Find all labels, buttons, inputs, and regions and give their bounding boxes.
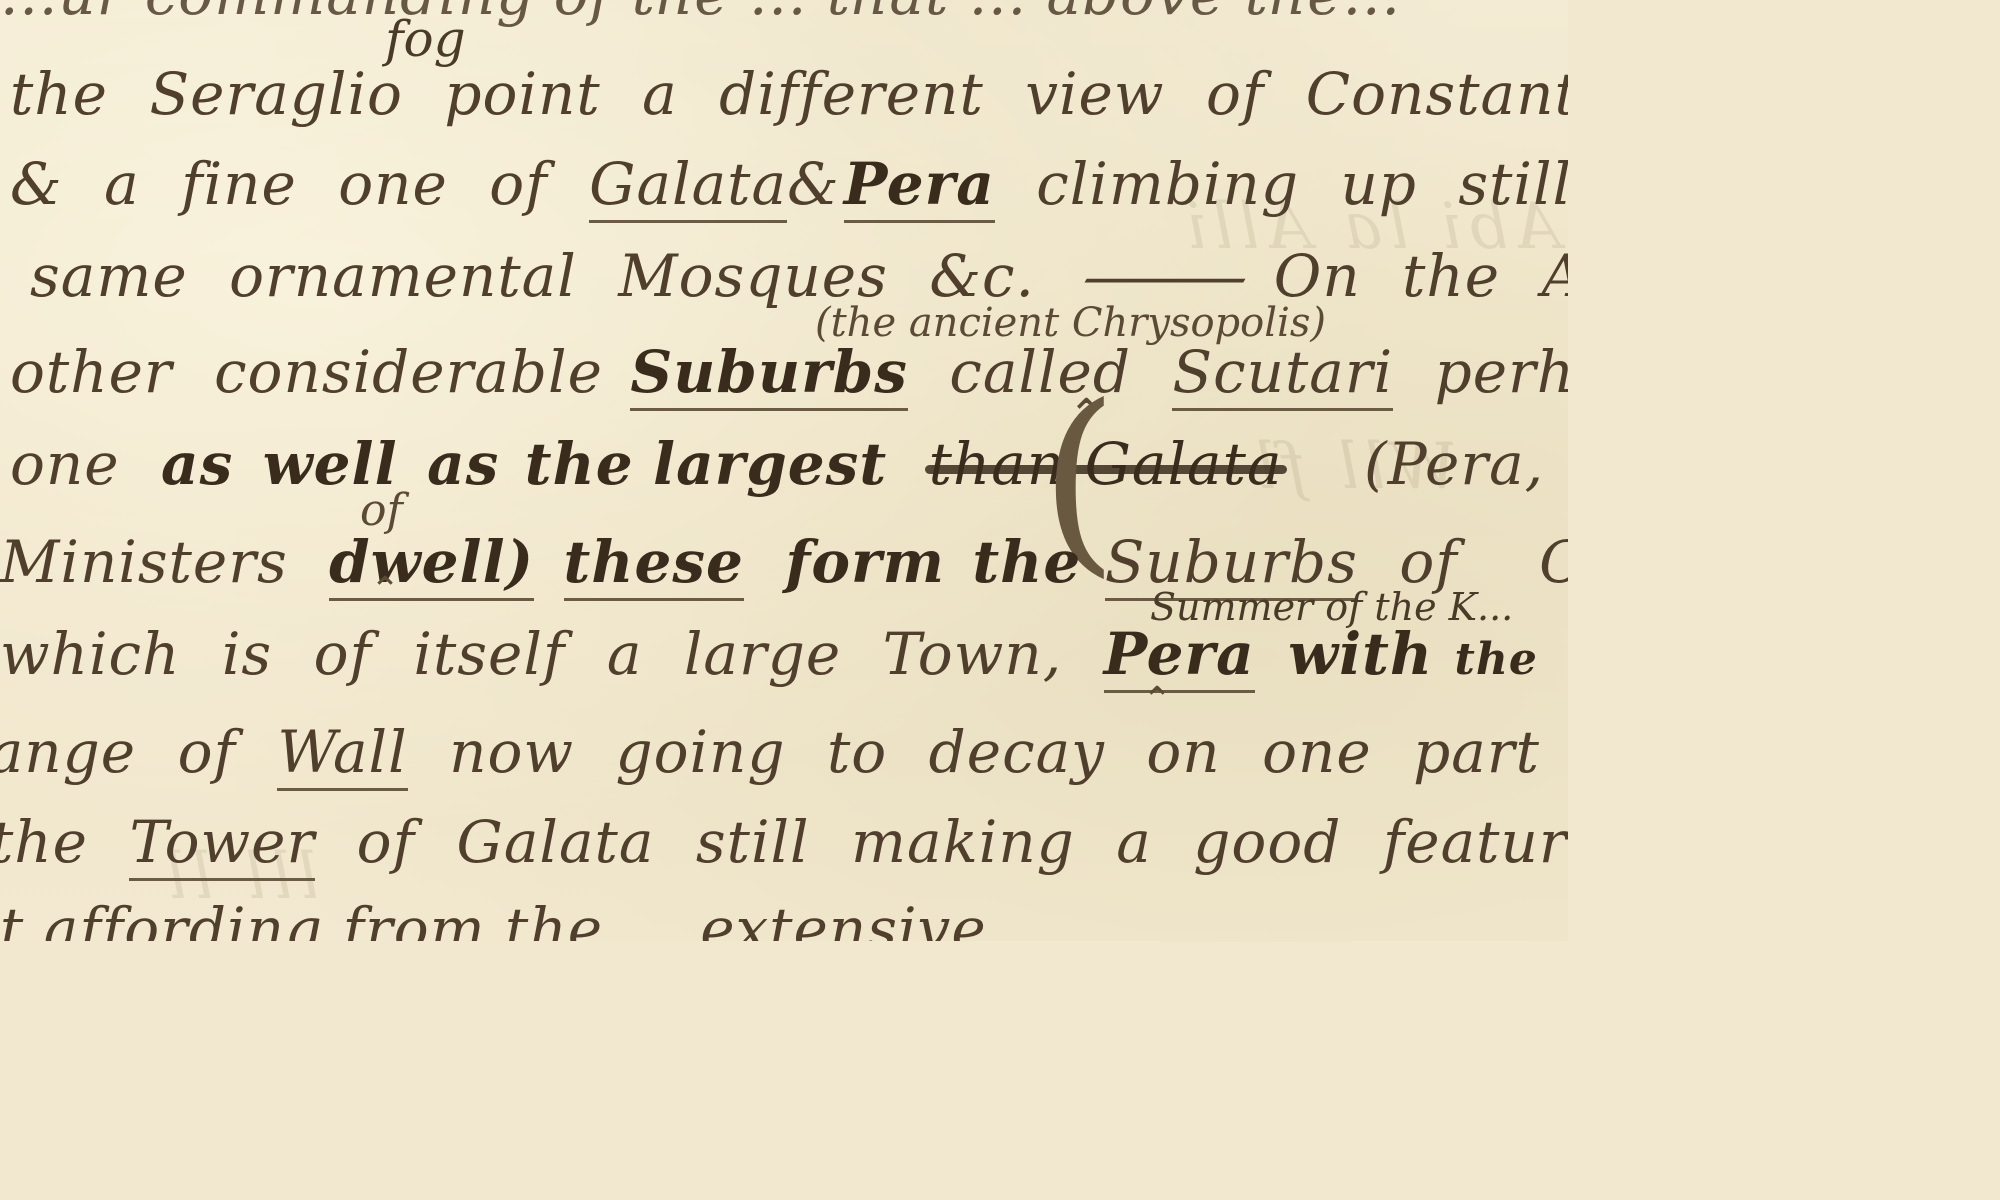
word: the — [972, 528, 1081, 596]
word: same — [30, 242, 188, 310]
word: part — [1413, 718, 1540, 786]
word: fine — [181, 150, 297, 218]
word: & — [10, 150, 63, 218]
line-text: ...ur commanding of the ... that ... abo… — [0, 0, 1401, 28]
manuscript-line-0: ...ur commanding of the ... that ... abo… — [0, 0, 1401, 28]
word-underlined: Scutari — [1172, 338, 1393, 411]
word-underlined: Pera — [1104, 620, 1255, 693]
word: Ministers — [0, 528, 288, 596]
word: still — [696, 808, 810, 876]
manuscript-line-10: t affording from the ... extensive ... — [0, 895, 1064, 941]
word: still — [1458, 150, 1568, 218]
word: form — [785, 528, 945, 596]
word: a — [642, 60, 678, 128]
manuscript-line-7: which is of itself a large Town, Pera wi… — [0, 620, 1568, 693]
word: the — [10, 60, 108, 128]
word: making — [851, 808, 1075, 876]
word: of — [489, 150, 547, 218]
word-underlined: Tower — [129, 808, 315, 881]
word: one — [10, 430, 120, 498]
word-underlined: Suburbs — [630, 338, 908, 411]
word: largest — [653, 430, 887, 498]
word: a — [1116, 808, 1152, 876]
word-underlined: Wall — [277, 718, 407, 791]
word: with — [1288, 620, 1433, 688]
word: is — [222, 620, 272, 688]
word: Asiatick — [1542, 242, 1568, 310]
manuscript-line-3: same ornamental Mosques &c. — On the Asi… — [30, 242, 1568, 310]
word: now — [449, 718, 574, 786]
line-text: t affording from the ... extensive ... — [0, 895, 1064, 941]
word: large — [684, 620, 841, 688]
word: other — [10, 338, 173, 406]
insertion-caret: ⌃ — [370, 570, 400, 611]
word-underlined: Pera — [844, 150, 995, 223]
word: as — [161, 430, 233, 498]
word: up — [1340, 150, 1416, 218]
word: view — [1025, 60, 1164, 128]
manuscript-page: Abi la Alli Wll fl lll ll ...ur commandi… — [0, 0, 1568, 941]
word-underlined: dwell) — [329, 528, 534, 601]
word: point — [444, 60, 600, 128]
word: ornamental — [229, 242, 577, 310]
word: going — [615, 718, 785, 786]
word: & — [787, 150, 840, 218]
manuscript-line-5: one as well as the largest than Galata (… — [10, 430, 1568, 498]
word: Seraglio — [149, 60, 403, 128]
word: as — [427, 430, 499, 498]
manuscript-line-8: range of Wall now going to decay on one … — [0, 718, 1568, 791]
word: Constantinople — [1539, 528, 1568, 596]
word: range — [0, 718, 136, 786]
word: considerable — [214, 338, 603, 406]
word: one — [1262, 718, 1372, 786]
word: one — [338, 150, 448, 218]
word: the — [0, 808, 88, 876]
word: Town, — [883, 620, 1063, 688]
word: the — [1455, 634, 1538, 685]
word: decay — [929, 718, 1105, 786]
word: feature — [1383, 808, 1568, 876]
word: Galata — [457, 808, 655, 876]
word: different — [719, 60, 984, 128]
word: of — [357, 808, 415, 876]
word: to — [827, 718, 887, 786]
manuscript-line-1: the Seraglio point a different view of C… — [10, 60, 1568, 128]
word: good — [1193, 808, 1341, 876]
word: on — [1146, 718, 1220, 786]
word: a — [104, 150, 140, 218]
word: which — [0, 620, 180, 688]
word: of — [178, 718, 236, 786]
word: itself — [413, 620, 565, 688]
word-underlined: Galata — [589, 150, 787, 223]
insertion-caret: ⌃ — [1142, 680, 1172, 721]
word: climbing — [1036, 150, 1299, 218]
word: a — [607, 620, 643, 688]
word: the — [525, 430, 634, 498]
word-underlined: these — [564, 528, 744, 601]
word: Constantinople — [1306, 60, 1568, 128]
word: (Pera, — [1364, 430, 1544, 498]
word: of — [314, 620, 372, 688]
manuscript-line-2: & a fine one of Galata&Pera climbing up … — [10, 150, 1568, 223]
word: of — [1206, 60, 1264, 128]
manuscript-line-9: the Tower of Galata still making a good … — [0, 808, 1568, 881]
word: the — [1402, 242, 1500, 310]
word: perhaps — [1435, 338, 1568, 406]
manuscript-line-4: other considerable Suburbs called Scutar… — [10, 338, 1568, 411]
